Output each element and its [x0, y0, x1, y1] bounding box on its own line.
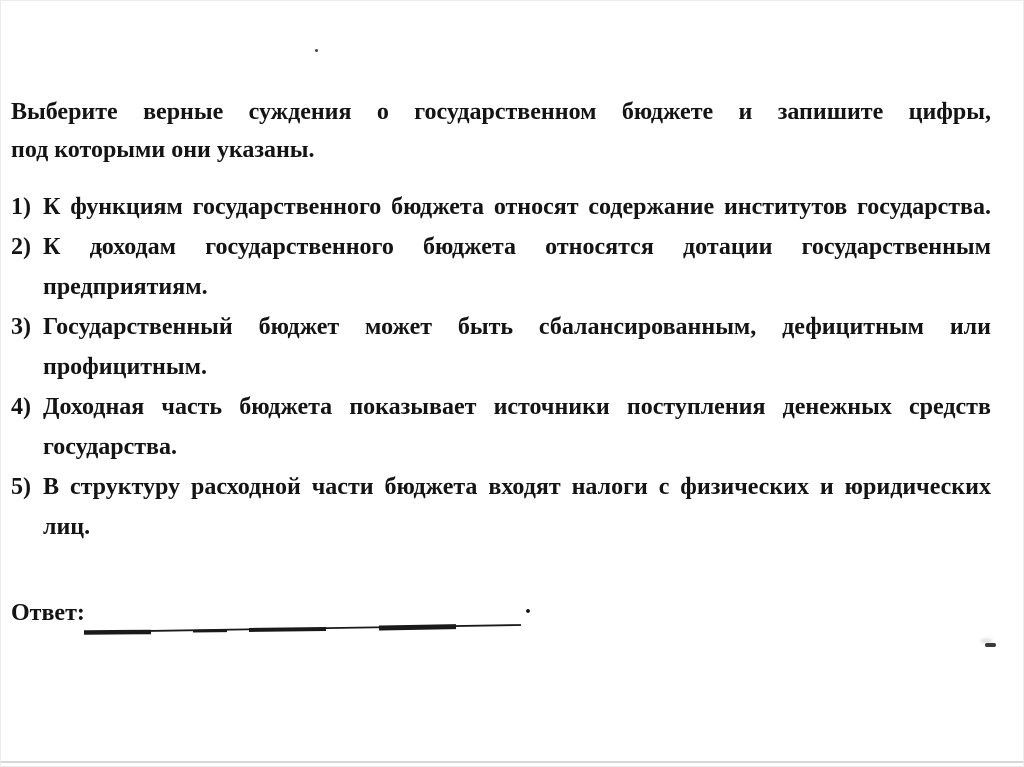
- item-text-line: лиц.: [43, 507, 991, 547]
- item-text-line: Вструктурурасходнойчастибюджетавходятнал…: [43, 467, 991, 507]
- list-item-5: 5) Вструктурурасходнойчастибюджетавходят…: [11, 467, 991, 547]
- item-text-line: Кфункциямгосударственногобюджетаотносятс…: [43, 187, 991, 227]
- list-item-2: 2) Кдоходамгосударственногобюджетаотнося…: [11, 227, 991, 307]
- answer-row: Ответ: .: [11, 593, 991, 633]
- statements-list: 1) Кфункциямгосударственногобюджетаотнос…: [11, 187, 991, 547]
- item-text-line: Доходнаячастьбюджетапоказываетисточникип…: [43, 387, 991, 427]
- page-bottom-rule: [1, 761, 1023, 763]
- item-number: 3): [11, 307, 43, 387]
- scan-speck-item2: [100, 248, 102, 251]
- item-text-line: Кдоходамгосударственногобюджетаотносятся…: [43, 227, 991, 267]
- scan-dash-artifact: [985, 643, 996, 647]
- list-item-4: 4) Доходнаячастьбюджетапоказываетисточни…: [11, 387, 991, 467]
- answer-line-period: .: [525, 586, 531, 626]
- prompt-line-1: Выберитеверныесужденияогосударственномбю…: [11, 93, 991, 131]
- list-item-1: 1) Кфункциямгосударственногобюджетаотнос…: [11, 187, 991, 227]
- item-text-line: профицитным.: [43, 347, 991, 387]
- list-item-3: 3) Государственныйбюджетможетбытьсбаланс…: [11, 307, 991, 387]
- item-text-line: Государственныйбюджетможетбытьсбалансиро…: [43, 307, 991, 347]
- answer-blank-line: [81, 609, 533, 637]
- item-number: 5): [11, 467, 43, 547]
- item-number: 2): [11, 227, 43, 307]
- item-text-line: предприятиям.: [43, 267, 991, 307]
- item-number: 1): [11, 187, 43, 227]
- answer-label: Ответ:: [11, 600, 85, 626]
- item-text-line: государства.: [43, 427, 991, 467]
- item-number: 4): [11, 387, 43, 467]
- document-page: Выберитеверныесужденияогосударственномбю…: [0, 0, 1024, 767]
- task-prompt: Выберитеверныесужденияогосударственномбю…: [11, 93, 991, 169]
- scan-speck-top: [315, 49, 318, 52]
- prompt-line-2: под которыми они указаны.: [11, 131, 991, 169]
